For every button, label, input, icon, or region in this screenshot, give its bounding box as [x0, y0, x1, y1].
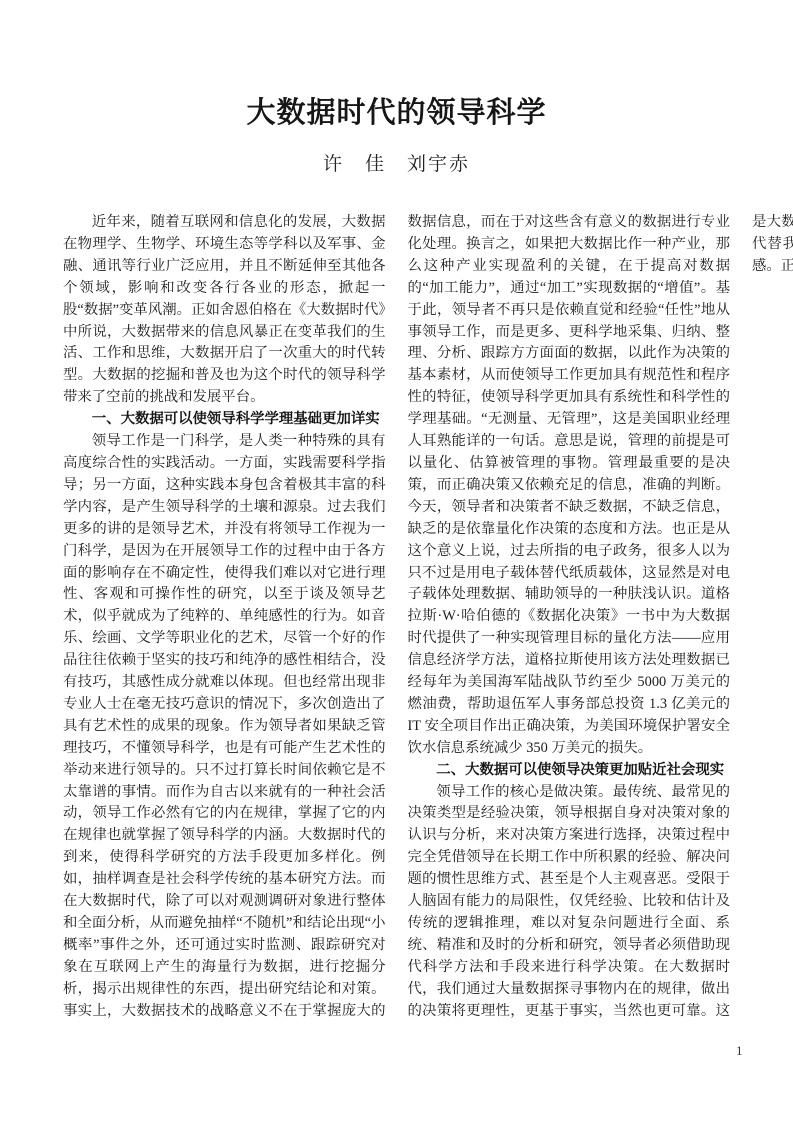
- article-body: 近年来，随着互联网和信息化的发展，大数据在物理学、生物学、环境生态等学科以及军事…: [63, 212, 730, 1028]
- article-authors: 许 佳 刘宇赤: [0, 149, 793, 176]
- document-page: 大数据时代的领导科学 许 佳 刘宇赤 近年来，随着互联网和信息化的发展，大数据在…: [0, 0, 793, 1122]
- paragraph-intro: 近年来，随着互联网和信息化的发展，大数据在物理学、生物学、环境生态等学科以及军事…: [63, 212, 386, 409]
- page-number: 1: [736, 1043, 743, 1059]
- section-heading-2: 二、大数据可以使领导决策更加贴近社会现实: [408, 760, 731, 782]
- article-title: 大数据时代的领导科学: [0, 90, 793, 131]
- section-heading-1: 一、大数据可以使领导科学学理基础更加详实: [63, 409, 386, 431]
